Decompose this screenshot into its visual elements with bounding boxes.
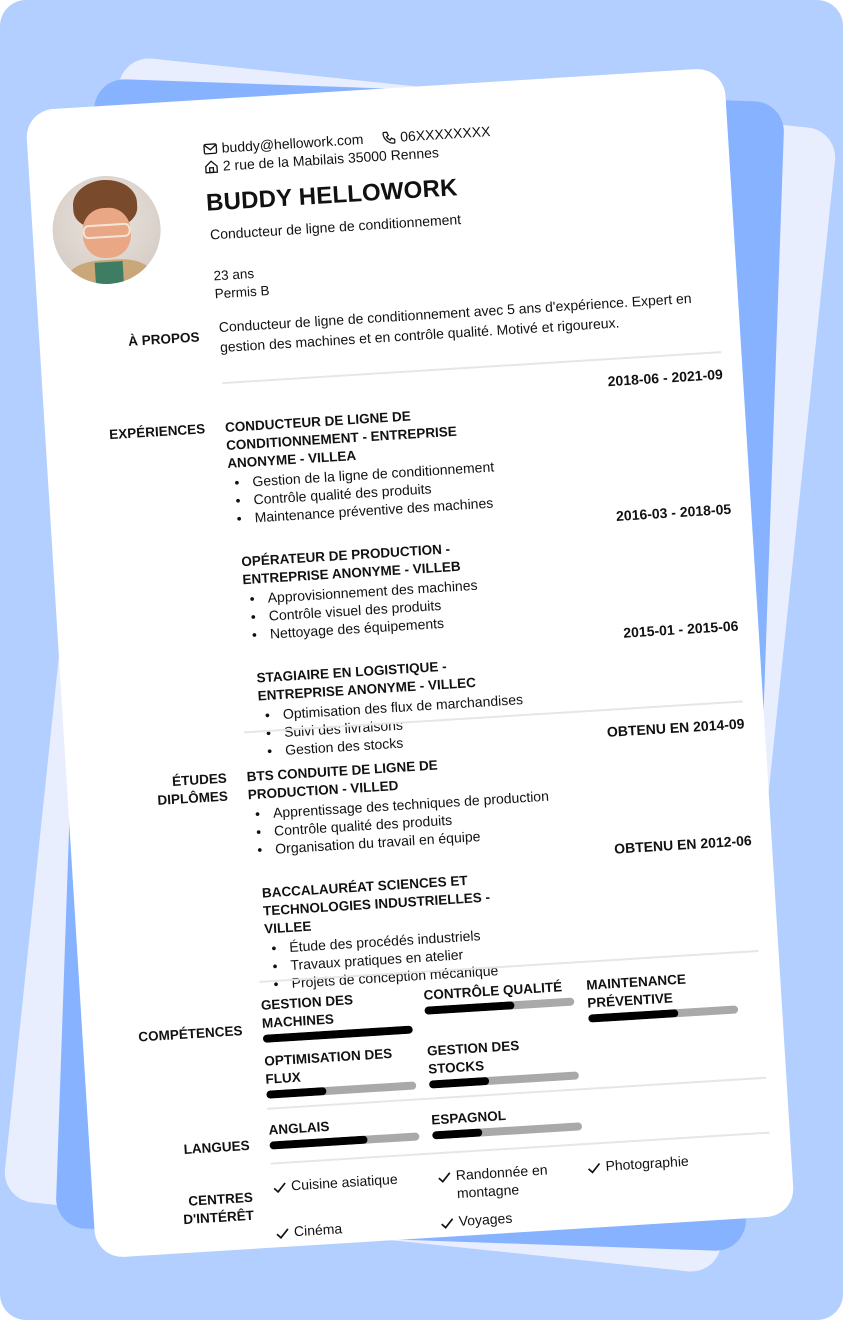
entry-date: 2018-06 - 2021-09: [607, 366, 723, 389]
interest-label: Cuisine asiatique: [291, 1170, 399, 1195]
section-languages: LANGUES ANGLAISESPAGNOL: [88, 1085, 787, 1128]
education-label: ÉTUDES DIPLÔMES: [87, 770, 229, 815]
language-level-fill: [432, 1128, 482, 1139]
envelope-icon: [202, 140, 218, 156]
background-frame: buddy@hellowork.com 06XXXXXXXX 2 rue de …: [0, 0, 843, 1320]
personal-info: 23 ans Permis B: [213, 264, 270, 303]
interest-label: Photographie: [605, 1152, 689, 1175]
checkmark-icon: [272, 1180, 288, 1196]
interest-label: Cinéma: [293, 1219, 342, 1240]
interest-label: Voyages: [458, 1209, 513, 1230]
skill-item: MAINTENANCE PRÉVENTIVE: [586, 967, 739, 1022]
section-about: À PROPOS Conducteur de ligne de conditio…: [39, 285, 738, 328]
home-icon: [203, 158, 219, 174]
languages-grid: ANGLAISESPAGNOL: [268, 1091, 769, 1150]
skill-item: OPTIMISATION DES FLUX: [264, 1044, 417, 1099]
skill-item: CONTRÔLE QUALITÉ: [423, 978, 576, 1033]
skill-item: GESTION DES STOCKS: [427, 1033, 580, 1088]
skill-level-fill: [266, 1087, 326, 1099]
about-label: À PROPOS: [59, 328, 200, 355]
language-item: ANGLAIS: [268, 1112, 419, 1149]
entry-date: 2016-03 - 2018-05: [616, 501, 732, 524]
interest-item: Photographie: [586, 1149, 738, 1194]
avatar: [49, 173, 163, 287]
skills-label: COMPÉTENCES: [102, 1022, 243, 1049]
entry-date: 2015-01 - 2015-06: [623, 618, 739, 641]
interest-label: Randonnée en montagne: [455, 1158, 588, 1202]
skill-item: GESTION DES MACHINES: [260, 988, 413, 1043]
experiences-label: EXPÉRIENCES: [65, 420, 206, 447]
interest-item: Voyages: [439, 1204, 590, 1231]
interests-label: CENTRES D'INTÉRÊT: [113, 1189, 255, 1234]
checkmark-icon: [586, 1160, 602, 1176]
interest-item: Cuisine asiatique: [272, 1167, 439, 1213]
language-item: ESPAGNOL: [431, 1102, 582, 1139]
languages-label: LANGUES: [109, 1137, 250, 1164]
phone-icon: [381, 129, 397, 145]
skill-level-fill: [429, 1077, 489, 1089]
about-text: Conducteur de ligne de conditionnement a…: [218, 287, 700, 357]
checkmark-icon: [275, 1226, 291, 1242]
contact-info: buddy@hellowork.com 06XXXXXXXX 2 rue de …: [202, 122, 492, 176]
resume-card: buddy@hellowork.com 06XXXXXXXX 2 rue de …: [25, 67, 795, 1258]
interest-item: Cinéma: [274, 1213, 440, 1241]
entry-date: OBTENU EN 2012-06: [614, 832, 752, 856]
checkmark-icon: [436, 1169, 452, 1185]
checkmark-icon: [439, 1215, 455, 1231]
section-experiences: EXPÉRIENCES 2018-06 - 2021-09CONDUCTEUR …: [43, 362, 742, 405]
job-title: Conducteur de ligne de conditionnement: [210, 211, 462, 243]
interest-item: Randonnée en montagne: [436, 1158, 588, 1203]
license-text: Permis B: [214, 282, 270, 303]
candidate-name: BUDDY HELLOWORK: [205, 174, 458, 218]
